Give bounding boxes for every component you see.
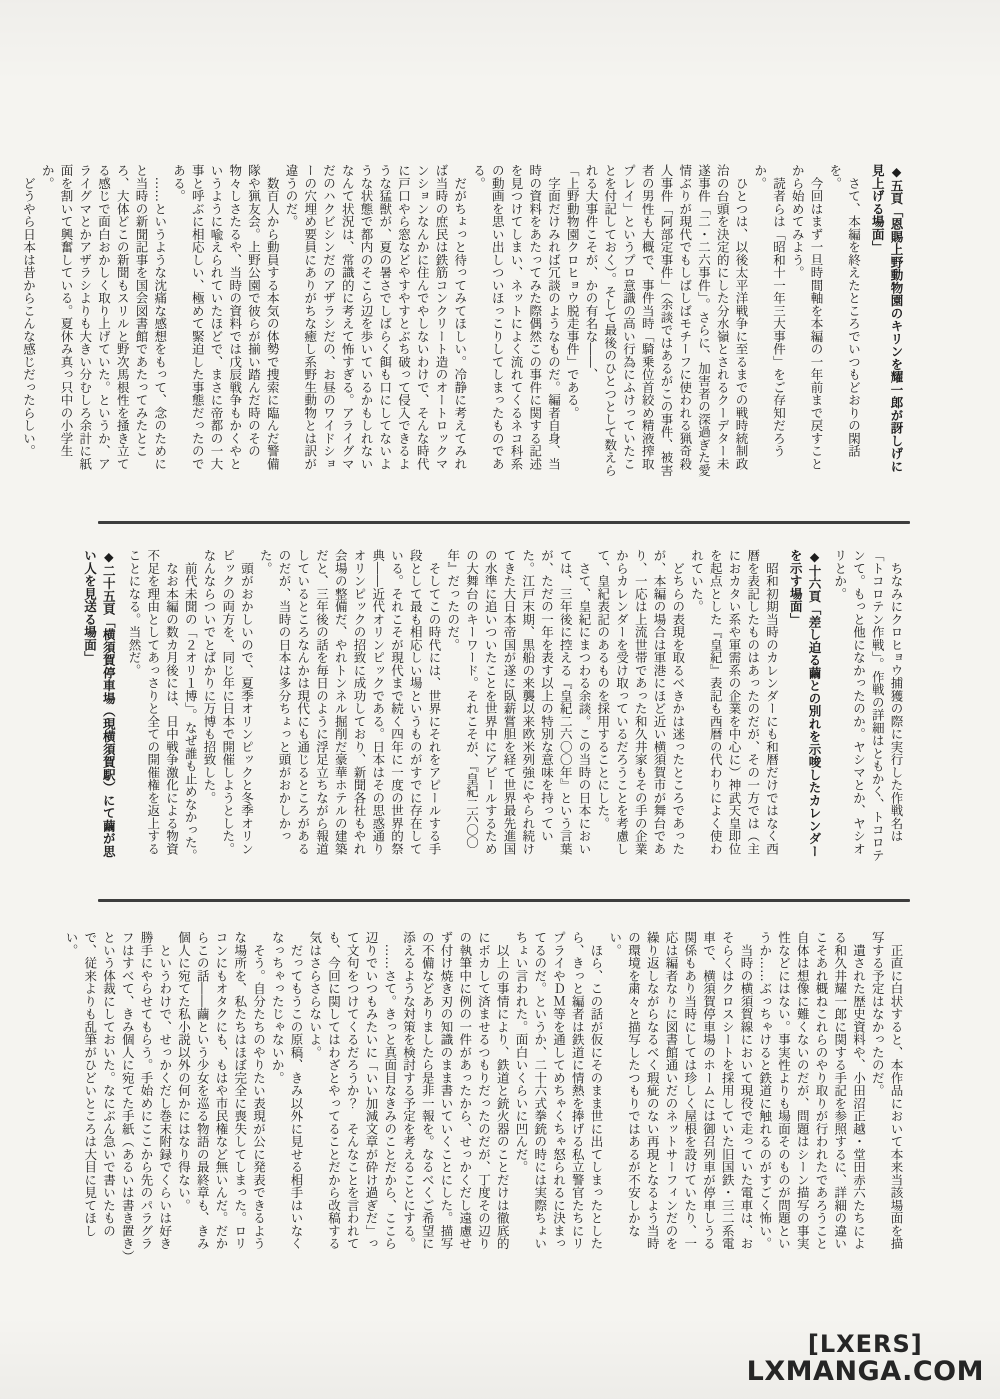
section-heading: ◆五頁「恩賜上野動物園のキリンを耀一郎が訝しげに見上げる場面」	[868, 164, 906, 480]
paragraph: だってもうこの原稿、きみ以外に見せる相手はいなくなっちゃったじゃないか。	[268, 931, 306, 1261]
paragraph: 前代未聞の「２オリ１博」。なぜ誰も止めなかった。	[181, 549, 200, 865]
paragraph: 頭がおかしいので、夏季オリンピックと冬季オリンピックの両方を、同じ年に日本で開催…	[199, 549, 255, 865]
paragraph: 今回はまず一旦時間軸を本編の一年前まで戻すことから始めてみよう。	[788, 164, 826, 480]
paragraph: 数百人から動員する本気の体勢で捜索に臨んだ警備隊や猟友会。上野公園で彼らが揃い踏…	[169, 164, 282, 480]
paragraph: そう。自分たちのやりたい表現が公に発表できるような場所を、私たちはほぼ完全に喪失…	[174, 931, 268, 1261]
watermark-group-name: [LXERS]	[747, 1331, 984, 1357]
paragraph: さて、皇紀にまつわる余談。この当時の日本においては、三年後に控える『皇紀二六〇〇…	[443, 549, 593, 865]
paragraph: ……というような沈痛な感想をもって、念のためにと当時の新聞記事を国会図書館であた…	[38, 164, 169, 480]
paragraph: 正直に白状すると、本作品において本来当該場面を描写する予定はなかったのだ。	[868, 931, 906, 1261]
paragraph: どちらの表現を取るべきかは迷ったところであったが、本編の場合は軍港にほど近い横須…	[593, 549, 687, 865]
paragraph: だがちょっと待ってみてほしい。冷静に考えてみれば当時の庶民は鉄筋コンクリート造の…	[281, 164, 469, 480]
paragraph: 昭和初期当時のカレンダーにも和暦だけではなく西暦を表記したものはあったのだが、そ…	[687, 549, 781, 865]
paragraph: 字面だけみれば冗談のようなものだ。編者自身、当時の資料をあたってみた際偶然この事…	[469, 164, 563, 480]
paragraph: そしてこの時代には、世界にそれをアピールする手段として最も相応しい場というものが…	[256, 549, 444, 865]
site-watermark: [LXERS] LXMANGA.COM	[747, 1331, 984, 1387]
paragraph: なお本編の数カ月後には、日中戦争激化による物資不足を理由としてあっさりと全ての開…	[124, 549, 180, 865]
paragraph: 当時の横須賀線において現役で走っていた電車は、おそらくはクロスシートを採用してい…	[605, 931, 755, 1261]
paragraph: 遺された歴史資料や、小田沼正越・堂田赤六たちによる和久井耀一郎に関する手記を参照…	[755, 931, 868, 1261]
paragraph: ……さて。きっと真面目なきみのことだから、ここら辺りでいつもみたいに「いい加減文…	[305, 931, 399, 1261]
section-divider	[98, 899, 910, 902]
afterword-section-page5: ◆五頁「恩賜上野動物園のキリンを耀一郎が訝しげに見上げる場面」 さて、本編を終え…	[19, 164, 905, 480]
paragraph: ほら、この話が仮にそのまま世に出てしまったとしたら、きっと編者は鉄道に情熱を捧げ…	[511, 931, 605, 1261]
section-heading: ◆十六頁「差し迫る繭との別れを示唆したカレンダーを示す場面」	[786, 549, 824, 865]
paragraph: 「上野動物園クロヒョウ脱走事件」である。	[563, 164, 582, 480]
watermark-site-name: LXMANGA.COM	[747, 1357, 984, 1387]
paragraph: ちなみにクロヒョウ捕獲の際に実行した作戦名は「トコロテン作戦」。作戦の詳細はとも…	[830, 549, 905, 865]
paragraph: さて、本編を終えたところでいつもどおりの閑話を。	[825, 164, 863, 480]
paragraph: どうやら日本は昔からこんな感じだったらしい。	[19, 164, 38, 480]
afterword-section-page25: 正直に白状すると、本作品において本来当該場面を描写する予定はなかったのだ。 遺さ…	[61, 931, 905, 1261]
section-heading: ◆二十五頁「横須賀停車場（現横須賀駅）にて繭が思い人を見送る場面」	[80, 549, 118, 865]
afterword-section-page16: ちなみにクロヒョウ捕獲の際に実行した作戦名は「トコロテン作戦」。作戦の詳細はとも…	[75, 549, 905, 865]
paragraph: ひとつは、以後太平洋戦争に至るまでの戦時統制政治の台頭を決定的にした分水嶺とされ…	[581, 164, 750, 480]
afterword-page: ◆五頁「恩賜上野動物園のキリンを耀一郎が訝しげに見上げる場面」 さて、本編を終え…	[0, 0, 1000, 1399]
paragraph: 読者らは「昭和十一年三大事件」をご存知だろうか。	[750, 164, 788, 480]
paragraph: というわけで、せっかくだし巻末附録でくらいは好き勝手にやらせてもらう。手始めにこ…	[61, 931, 174, 1261]
paragraph: 以上の事情により、鉄道と銃火器のことだけは徹底的にボカして済ませるつもりだったの…	[399, 931, 512, 1261]
section-divider	[98, 521, 910, 524]
